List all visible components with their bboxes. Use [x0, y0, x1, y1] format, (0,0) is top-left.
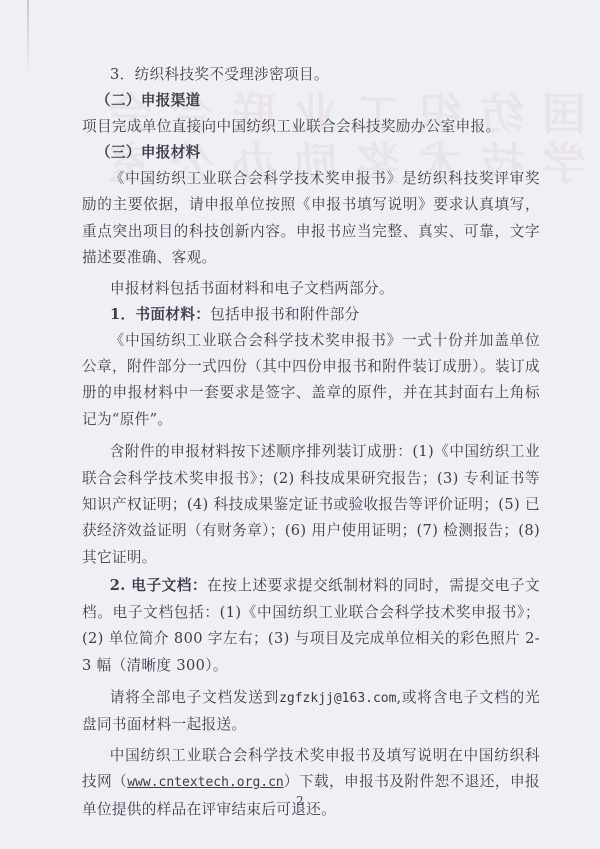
written-materials-label-rest: 包括申报书和附件部分 — [210, 306, 359, 323]
item-3: 3．纺织科技奖不受理涉密项目。 — [82, 62, 540, 88]
email-address[interactable]: zgfzkjj@163.com — [279, 691, 396, 706]
website-link[interactable]: www.cntextech.org.cn — [127, 775, 284, 790]
section-3-intro: 《中国纺织工业联合会科学技术奖申报书》是纺织科技奖评审奖励的主要依据，请申报单位… — [82, 166, 540, 272]
electronic-docs-p1: 2. 电子文档：在按上述要求提交纸制材料的同时，需提交电子文档。电子文档包括：(… — [82, 573, 540, 679]
electronic-docs-p2: 请将全部电子文档发送到zgfzkjj@163.com,或将含电子文档的光盘同书面… — [82, 685, 540, 739]
written-materials-p1: 《中国纺织工业联合会科学技术奖申报书》一式十份并加盖单位公章，附件部分一式四份（… — [82, 328, 540, 434]
section-2-body: 项目完成单位直接向中国纺织工业联合会科技奖励办公室申报。 — [82, 114, 540, 140]
electronic-docs-label: 2. 电子文档： — [110, 577, 207, 594]
scan-artifact — [27, 0, 29, 80]
section-2-heading: （二）申报渠道 — [82, 88, 540, 114]
document-page: 中国纺织工业联合会 科学技术奖励办公室 3．纺织科技奖不受理涉密项目。 （二）申… — [0, 0, 600, 849]
electronic-docs-p3: 中国纺织工业联合会科学技术奖申报书及填写说明在中国纺织科技网（www.cntex… — [82, 743, 540, 823]
written-materials-heading: 1．书面材料：包括申报书和附件部分 — [82, 302, 540, 328]
page-number: 2 — [296, 794, 304, 808]
section-3-parts: 申报材料包括书面材料和电子文档两部分。 — [82, 276, 540, 302]
written-materials-p2: 含附件的申报材料按下述顺序排列装订成册：(1)《中国纺织工业联合会科学技术奖申报… — [82, 439, 540, 571]
document-body: 3．纺织科技奖不受理涉密项目。 （二）申报渠道 项目完成单位直接向中国纺织工业联… — [82, 62, 540, 823]
submit-text-before: 请将全部电子文档发送到 — [110, 689, 279, 706]
written-materials-label: 1．书面材料： — [110, 306, 210, 323]
section-3-heading: （三）申报材料 — [82, 140, 540, 166]
